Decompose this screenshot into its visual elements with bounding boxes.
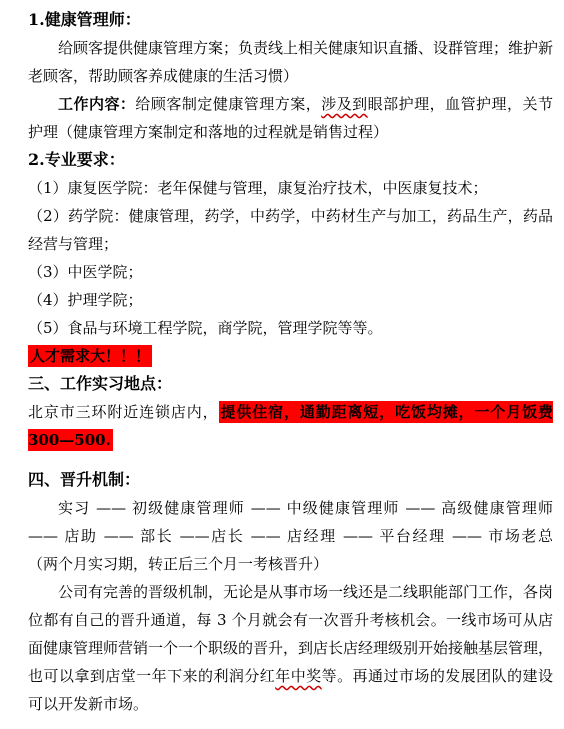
promotion-detail-paragraph: 公司有完善的晋级机制，无论是从事市场一线还是二线职能部门工作，各岗位都有自己的晋… — [28, 578, 553, 718]
talent-demand-highlight: 人才需求大！！！ — [28, 345, 152, 367]
section-1-title: 1.健康管理师： — [28, 6, 553, 34]
section-2-title: 2.专业要求： — [28, 146, 553, 174]
job-description-paragraph: 给顾客提供健康管理方案；负责线上相关健康知识直播、设群管理；维护新老顾客，帮助顾… — [28, 34, 553, 90]
promotion-chain-paragraph: 实习 —— 初级健康管理师 —— 中级健康管理师 —— 高级健康管理师—— 店助… — [28, 494, 553, 578]
promotion-chain-line-2: —— 店助 —— 部长 ——店长 —— 店经理 —— 平台经理 —— 市场老总 — [28, 522, 553, 550]
requirement-item-3: （3）中医学院； — [28, 258, 553, 286]
work-content-text-a: 给顾客制定健康管理方案， — [135, 95, 321, 113]
requirement-item-2: （2）药学院：健康管理，药学，中药学，中药材生产与加工，药品生产，药品经营与管理… — [28, 202, 553, 258]
promotion-chain-line-1: 实习 —— 初级健康管理师 —— 中级健康管理师 —— 高级健康管理师 — [28, 494, 553, 522]
bonus-spellcheck-text: 年中奖 — [275, 667, 321, 685]
work-content-label: 工作内容： — [58, 95, 135, 113]
work-location-text: 北京市三环附近连锁店内， — [28, 403, 219, 421]
section-4-title: 四、晋升机制： — [28, 466, 553, 494]
spellcheck-underlined-text: 涉及到 — [321, 95, 367, 113]
talent-demand-line: 人才需求大！！！ — [28, 342, 553, 370]
requirement-item-1: （1）康复医学院：老年保健与管理，康复治疗技术，中医康复技术； — [28, 174, 553, 202]
promotion-chain-note: （两个月实习期，转正后三个月一考核晋升） — [28, 550, 553, 578]
section-3-title: 三、工作实习地点： — [28, 370, 553, 398]
requirement-item-5: （5）食品与环境工程学院，商学院，管理学院等等。 — [28, 314, 553, 342]
requirement-item-4: （4）护理学院； — [28, 286, 553, 314]
work-location-paragraph: 北京市三环附近连锁店内，提供住宿，通勤距离短，吃饭均摊，一个月饭费 300—50… — [28, 398, 553, 454]
document-page: 1.健康管理师： 给顾客提供健康管理方案；负责线上相关健康知识直播、设群管理；维… — [0, 0, 564, 718]
work-content-paragraph: 工作内容：给顾客制定健康管理方案，涉及到眼部护理，血管护理，关节护理（健康管理方… — [28, 90, 553, 146]
